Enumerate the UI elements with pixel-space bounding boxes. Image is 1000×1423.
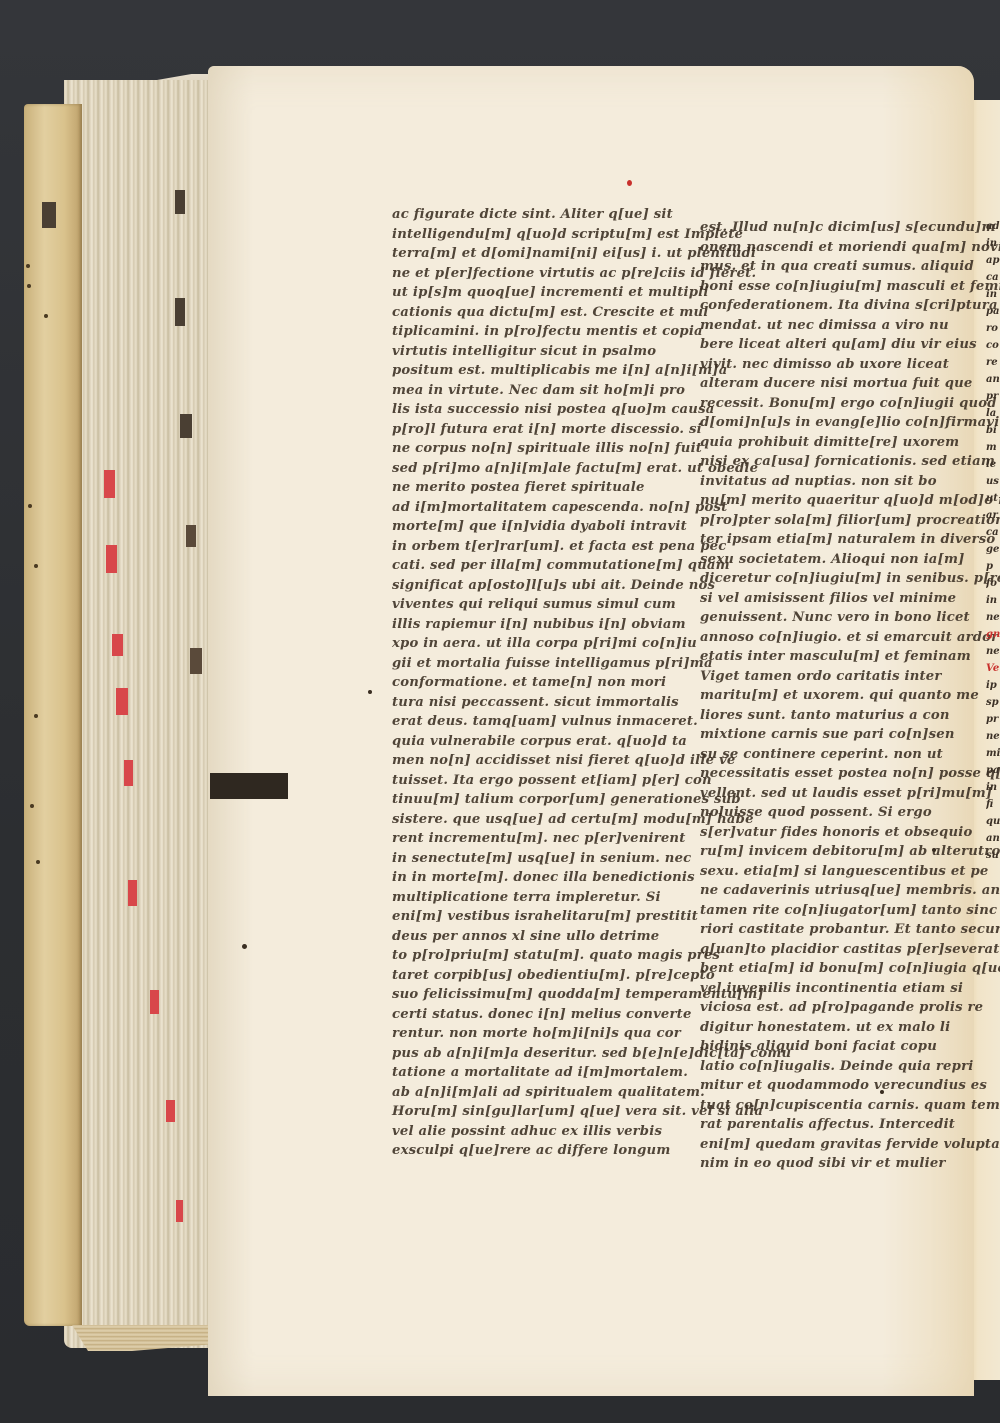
wormhole <box>28 504 32 508</box>
text-line: boni esse co[n]iugiu[m] masculi et femin… <box>700 277 1000 296</box>
ink-speck <box>368 690 372 694</box>
facing-page-text-fragment: adinapcainparocoreanprlabimleusutarcagep… <box>986 218 1000 864</box>
fore-edge-tab-red[interactable] <box>116 688 128 715</box>
text-line: genuissent. Nunc vero in bono licet <box>700 608 1000 627</box>
text-line: annoso co[n]iugio. et si emarcuit ardor <box>700 628 1000 647</box>
text-line: recessit. Bonu[m] ergo co[n]iugii quod e… <box>700 394 1000 413</box>
text-line: nisi ex ca[usa] fornicationis. sed etiam <box>700 452 1000 471</box>
text-line: viciosa est. ad p[ro]pagande prolis re <box>700 998 1000 1017</box>
ink-speck <box>242 944 247 949</box>
bookmark-strip[interactable] <box>210 773 288 799</box>
text-line: invitatus ad nuptias. non sit bo <box>700 472 1000 491</box>
wormhole <box>34 564 38 568</box>
fore-edge-tab-red[interactable] <box>176 1200 183 1222</box>
text-line: ter ipsam etia[m] naturalem in diverso <box>700 530 1000 549</box>
wormhole <box>30 804 34 808</box>
text-line: s[er]vatur fides honoris et obsequio <box>700 823 1000 842</box>
text-line: quia prohibuit dimitte[re] uxorem <box>700 433 1000 452</box>
text-line: liores sunt. tanto maturius a con <box>700 706 1000 725</box>
fore-edge-tab-dark[interactable] <box>186 525 196 547</box>
fore-edge-tab-red[interactable] <box>124 760 133 786</box>
text-line: bidinis aliquid boni faciat copu <box>700 1037 1000 1056</box>
fore-edge-tab-dark[interactable] <box>175 190 185 214</box>
fore-edge-tab-dark[interactable] <box>42 202 56 228</box>
text-line: rat parentalis affectus. Intercedit <box>700 1115 1000 1134</box>
text-line: mus. et in qua creati sumus. aliquid <box>700 257 1000 276</box>
text-line: vivit. nec dimisso ab uxore liceat <box>700 355 1000 374</box>
fore-edge-tab-red[interactable] <box>128 880 137 906</box>
vellum-cover <box>24 104 82 1326</box>
text-line: mendat. ut nec dimissa a viro nu <box>700 316 1000 335</box>
text-line: noluisse quod possent. Si ergo <box>700 803 1000 822</box>
text-line: necessitatis esset postea no[n] posse q[… <box>700 764 1000 783</box>
fore-edge-leaves <box>64 80 214 1348</box>
text-line: mitur et quodammodo verecundius es <box>700 1076 1000 1095</box>
text-line: alteram ducere nisi mortua fuit que <box>700 374 1000 393</box>
fore-edge-tab-red[interactable] <box>106 545 117 573</box>
wormhole <box>34 714 38 718</box>
text-line: etatis inter masculu[m] et feminam <box>700 647 1000 666</box>
text-line: si vel amisissent filios vel minime <box>700 589 1000 608</box>
ink-speck <box>627 180 632 186</box>
text-line: tamen rite co[n]iugator[um] tanto sinc <box>700 901 1000 920</box>
text-line: sexu societatem. Alioqui non ia[m] <box>700 550 1000 569</box>
wormhole <box>26 264 30 268</box>
text-line: tuat co[n]cupiscentia carnis. quam tempe <box>700 1096 1000 1115</box>
text-line: d[omi]n[u]s in evang[e]lio co[n]firmavit… <box>700 413 1000 432</box>
text-line: bere liceat alteri qu[am] diu vir eius <box>700 335 1000 354</box>
fore-edge-tab-dark[interactable] <box>190 648 202 674</box>
fore-edge-tab-dark[interactable] <box>180 414 192 438</box>
text-line: confederationem. Ita divina s[cri]ptura … <box>700 296 1000 315</box>
text-line: maritu[m] et uxorem. qui quanto me <box>700 686 1000 705</box>
text-line: bent etia[m] id bonu[m] co[n]iugia q[uo]… <box>700 959 1000 978</box>
text-line: q[uan]to placidior castitas p[er]severat… <box>700 940 1000 959</box>
text-column-right: est. Illud nu[n]c dicim[us] s[ecundu]m i… <box>700 218 1000 1174</box>
wormhole <box>36 860 40 864</box>
text-line: nu[m] merito quaeritur q[uo]d m[od]o no[… <box>700 491 1000 510</box>
fore-edge-tab-dark[interactable] <box>175 298 185 326</box>
text-line: sexu. etia[m] si languescentibus et pe <box>700 862 1000 881</box>
text-line: diceretur co[n]iugiu[m] in senibus. p[re… <box>700 569 1000 588</box>
text-line: p[ro]pter sola[m] filior[um] procreation… <box>700 511 1000 530</box>
text-line: su se continere ceperint. non ut <box>700 745 1000 764</box>
text-line: latio co[n]iugalis. Deinde quia repri <box>700 1057 1000 1076</box>
text-line: eni[m] quedam gravitas fervide voluptati <box>700 1135 1000 1154</box>
text-line: ru[m] invicem debitoru[m] ab alterutro <box>700 842 1000 861</box>
fore-edge-tab-red[interactable] <box>166 1100 175 1122</box>
wormhole <box>44 314 48 318</box>
text-line: riori castitate probantur. Et tanto secu… <box>700 920 1000 939</box>
text-line: vellent. sed ut laudis esset p[ri]mu[m] <box>700 784 1000 803</box>
text-line: Viget tamen ordo caritatis inter <box>700 667 1000 686</box>
text-line: ne cadaverinis utriusq[ue] membris. anim <box>700 881 1000 900</box>
text-line: onem nascendi et moriendi qua[m] novi <box>700 238 1000 257</box>
wormhole <box>27 284 31 288</box>
text-line: digitur honestatem. ut ex malo li <box>700 1018 1000 1037</box>
fore-edge-tab-red[interactable] <box>104 470 115 498</box>
text-line: est. Illud nu[n]c dicim[us] s[ecundu]m i… <box>700 218 1000 237</box>
fore-edge-tab-red[interactable] <box>112 634 123 656</box>
text-line: vel iuvenilis incontinentia etiam si <box>700 979 1000 998</box>
fore-edge-tab-red[interactable] <box>150 990 159 1014</box>
text-line: nim in eo quod sibi vir et mulier <box>700 1154 1000 1173</box>
text-line: mixtione carnis sue pari co[n]sen <box>700 725 1000 744</box>
